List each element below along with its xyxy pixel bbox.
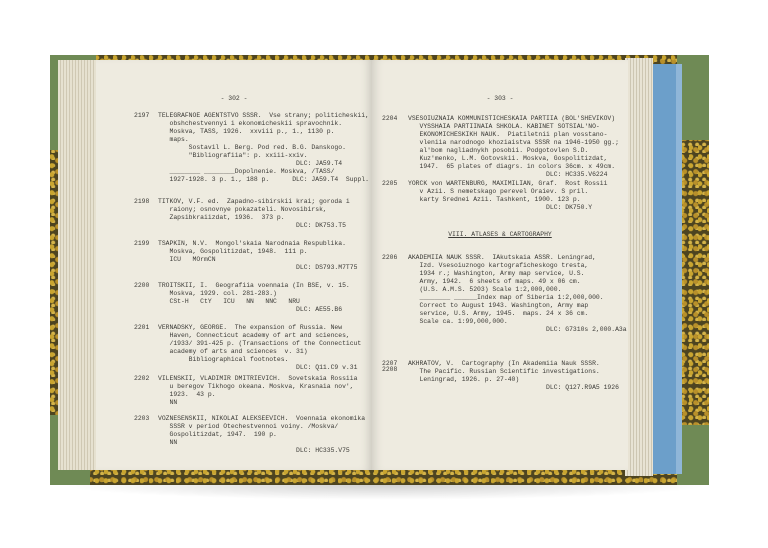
entry-text: VOZNESENSKII, NIKOLAI ALEKSEEVICH. Voenn… xyxy=(158,415,365,455)
entry-text: VERNADSKY, GEORGE. The expansion of Russ… xyxy=(158,324,361,372)
entry-number: 2198 xyxy=(134,198,149,206)
entry-text: TSAPKIN, N.V. Mongol'skaia Narodnaia Res… xyxy=(158,240,357,272)
entry-text: VILENSKII, VLADIMIR DMITRIEVICH. Sovetsk… xyxy=(158,375,357,407)
entry-number: 2204 xyxy=(382,115,397,123)
page-number: - 302 - xyxy=(96,95,372,103)
entry-number: 2197 xyxy=(134,112,149,120)
entry-number: 2205 xyxy=(382,180,397,188)
entry-number: 2201 xyxy=(134,324,149,332)
section-heading: VIII. ATLASES & CARTOGRAPHY xyxy=(372,231,628,239)
entry-number: 2203 xyxy=(134,415,149,423)
left-page: - 302 - 2197TELEGRAFNOE AGENTSTVO SSSR. … xyxy=(96,60,372,470)
entry-text: AKHRATOV, V. Cartography (In Akademiia N… xyxy=(408,360,619,392)
page-edges-left xyxy=(58,60,98,470)
entry-number: 2199 xyxy=(134,240,149,248)
page-number: - 303 - xyxy=(372,95,628,103)
entry-text: TROITSKII, I. Geografiia voennaia (In BS… xyxy=(158,282,350,314)
entry-text: TELEGRAFNOE AGENTSTVO SSSR. Vse strany; … xyxy=(158,112,369,184)
right-page: - 303 - 2204VSESOIUZNAIA KOMMUNISTICHESK… xyxy=(372,60,628,470)
entry-text: YORCK von WARTENBURG, MAXIMILIAN, Graf. … xyxy=(408,180,607,212)
blue-flyleaf-edge xyxy=(676,64,682,474)
entry-number: 2200 xyxy=(134,282,149,290)
entry-number: 2202 xyxy=(134,375,149,383)
entry-text: VSESOIUZNAIA KOMMUNISTICHESKAIA PARTIIA … xyxy=(408,115,619,179)
entry-text: TITKOV, V.F. ed. Zapadno-sibirskii krai;… xyxy=(158,198,350,230)
page-edges-right xyxy=(625,58,653,476)
entry-text: AKADEMIIA NAUK SSSR. IAkutskaia ASSR. Le… xyxy=(408,254,627,334)
entry-number: 2206 xyxy=(382,254,397,262)
entry-number: 2208 xyxy=(382,366,397,374)
